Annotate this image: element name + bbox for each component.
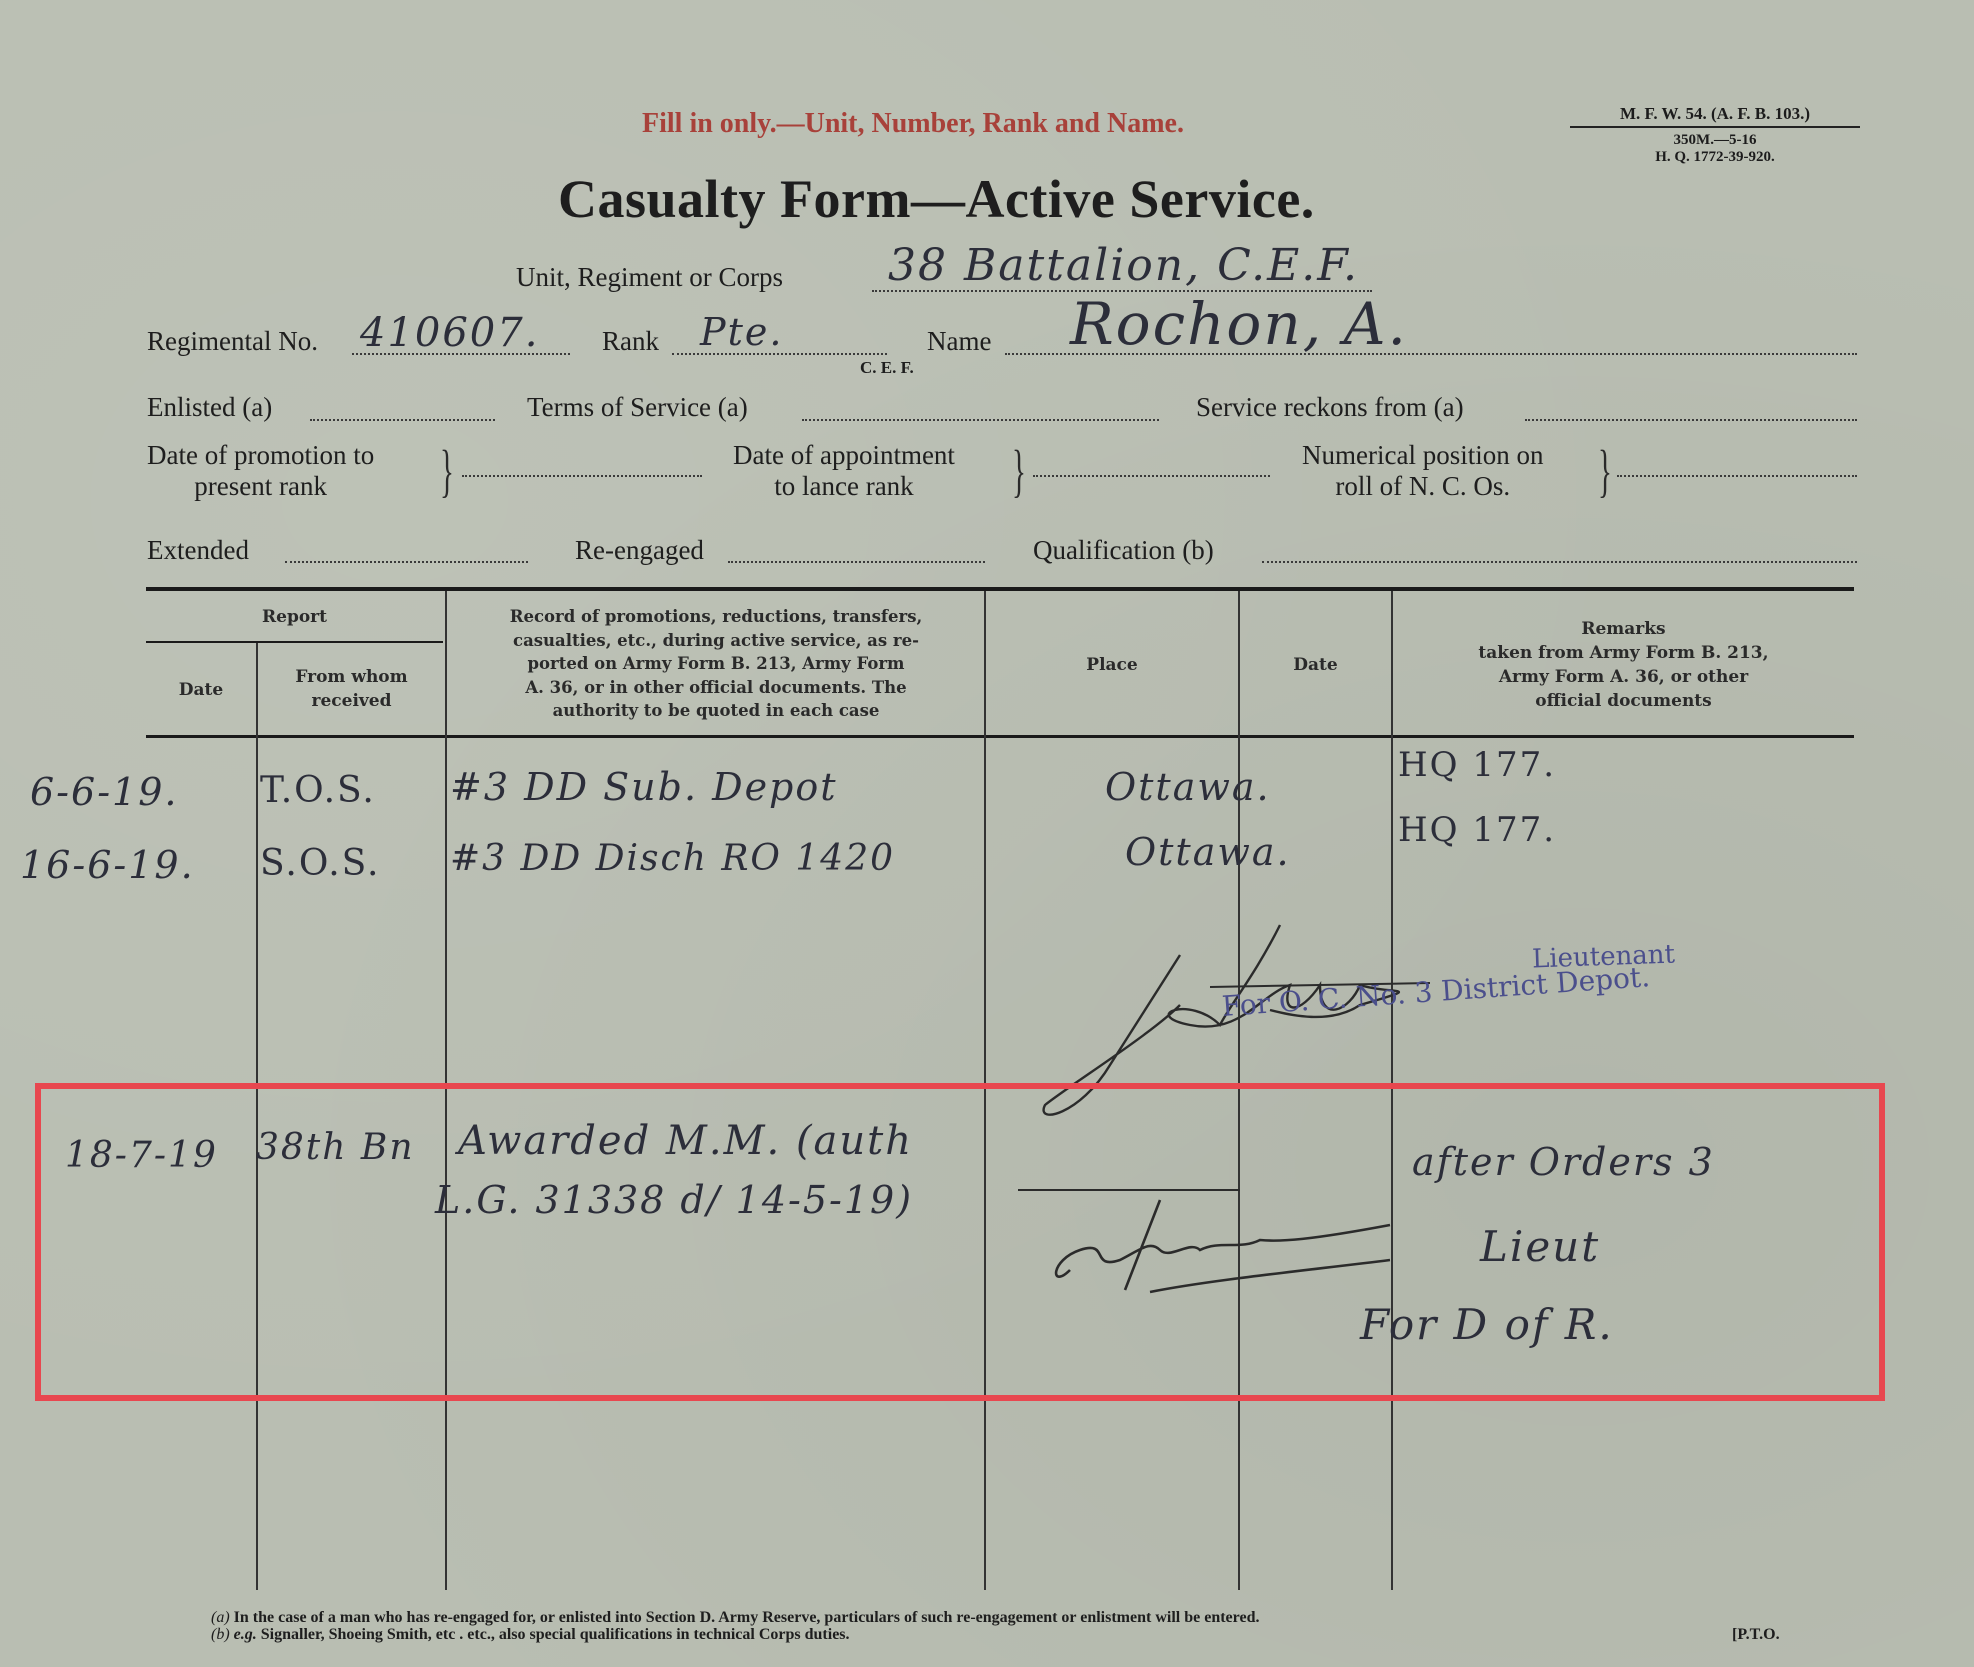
- promotion-label-line2: present rank: [147, 471, 374, 502]
- header-record: Record of promotions, reductions, transf…: [450, 605, 982, 723]
- promotion-brace: }: [440, 442, 454, 500]
- row2-record[interactable]: #3 DD Disch RO 1420: [450, 838, 895, 879]
- row1-place[interactable]: Ottawa.: [1105, 765, 1271, 809]
- form-title: Casualty Form—Active Service.: [558, 168, 1315, 230]
- form-code-number: M. F. W. 54. (A. F. B. 103.): [1570, 104, 1860, 128]
- header-record-line1: Record of promotions, reductions, transf…: [450, 605, 982, 629]
- footnote-b: (b) e.g. Signaller, Shoeing Smith, etc .…: [211, 1626, 850, 1644]
- header-remarks: Remarks taken from Army Form B. 213, Arm…: [1393, 617, 1854, 713]
- unit-label: Unit, Regiment or Corps: [516, 262, 783, 293]
- terms-of-service-label: Terms of Service (a): [527, 392, 748, 423]
- instruction-text: Fill in only.—Unit, Number, Rank and Nam…: [642, 108, 1184, 140]
- header-record-line4: A. 36, or in other official documents. T…: [450, 676, 982, 700]
- header-date: Date: [146, 678, 256, 702]
- header-remarks-line4: official documents: [1393, 689, 1854, 713]
- highlight-box: [35, 1083, 1885, 1401]
- table-top-rule: [146, 587, 1854, 591]
- numerical-position-label: Numerical position on roll of N. C. Os.: [1302, 440, 1543, 502]
- row1-date[interactable]: 6-6-19.: [30, 770, 178, 814]
- numerical-position-label-line1: Numerical position on: [1302, 440, 1543, 471]
- header-from-whom-line2: received: [258, 689, 445, 713]
- footnote-b-text: Signaller, Shoeing Smith, etc . etc., al…: [261, 1626, 850, 1643]
- footnote-b-prefix: e.g.: [234, 1626, 257, 1643]
- row1-remarks[interactable]: HQ 177.: [1398, 745, 1556, 785]
- header-place: Place: [986, 653, 1238, 677]
- form-code-block: M. F. W. 54. (A. F. B. 103.) 350M.—5-16 …: [1570, 104, 1860, 166]
- regimental-no-value[interactable]: 410607.: [360, 310, 539, 356]
- appointment-label-line1: Date of appointment: [733, 440, 955, 471]
- extended-label: Extended: [147, 535, 249, 566]
- name-value[interactable]: Rochon, A.: [1070, 290, 1408, 358]
- form-code-hq-ref: H. Q. 1772-39-920.: [1570, 149, 1860, 166]
- header-remarks-line2: taken from Army Form B. 213,: [1393, 641, 1854, 665]
- row2-from[interactable]: S.O.S.: [260, 843, 381, 884]
- table-header-bottom-rule: [146, 735, 1854, 738]
- unit-value[interactable]: 38 Battalion, C.E.F.: [888, 240, 1359, 291]
- qualification-dotted-line[interactable]: [1262, 561, 1857, 563]
- name-label: Name: [927, 326, 991, 357]
- header-from-whom: From whom received: [258, 665, 445, 713]
- terms-of-service-dotted-line[interactable]: [802, 419, 1159, 421]
- footnote-a-marker: (a): [211, 1609, 230, 1626]
- row1-record[interactable]: #3 DD Sub. Depot: [450, 765, 838, 809]
- appointment-brace: }: [1012, 442, 1026, 500]
- header-record-line2: casualties, etc., during active service,…: [450, 629, 982, 653]
- appointment-label-line2: to lance rank: [733, 471, 955, 502]
- row2-date[interactable]: 16-6-19.: [20, 843, 195, 887]
- appointment-label: Date of appointment to lance rank: [733, 440, 955, 502]
- row2-remarks[interactable]: HQ 177.: [1398, 810, 1556, 850]
- report-sub-rule: [146, 641, 443, 643]
- footnote-a-text: In the case of a man who has re-engaged …: [234, 1609, 1260, 1626]
- numerical-position-brace: }: [1598, 442, 1612, 500]
- reengaged-dotted-line[interactable]: [728, 561, 985, 563]
- rank-value[interactable]: Pte.: [700, 310, 783, 354]
- promotion-label-line1: Date of promotion to: [147, 440, 374, 471]
- extended-dotted-line[interactable]: [285, 561, 528, 563]
- numerical-position-label-line2: roll of N. C. Os.: [1302, 471, 1543, 502]
- header-record-line3: ported on Army Form B. 213, Army Form: [450, 652, 982, 676]
- promotion-dotted-line[interactable]: [462, 475, 702, 477]
- row1-from[interactable]: T.O.S.: [260, 770, 376, 811]
- footnote-b-marker: (b): [211, 1626, 230, 1643]
- regimental-no-label: Regimental No.: [147, 326, 318, 357]
- pto-marker: [P.T.O.: [1732, 1626, 1780, 1644]
- qualification-label: Qualification (b): [1033, 535, 1214, 566]
- reengaged-label: Re-engaged: [575, 535, 704, 566]
- row2-place[interactable]: Ottawa.: [1125, 830, 1291, 874]
- header-record-line5: authority to be quoted in each case: [450, 699, 982, 723]
- header-date2: Date: [1240, 653, 1391, 677]
- header-remarks-line3: Army Form A. 36, or other: [1393, 665, 1854, 689]
- form-code-print-run: 350M.—5-16: [1570, 132, 1860, 149]
- numerical-position-dotted-line[interactable]: [1617, 475, 1857, 477]
- rank-label: Rank: [602, 326, 659, 357]
- enlisted-dotted-line[interactable]: [310, 419, 495, 421]
- promotion-label: Date of promotion to present rank: [147, 440, 374, 502]
- appointment-dotted-line[interactable]: [1033, 475, 1270, 477]
- header-report: Report: [146, 605, 443, 629]
- footnote-a: (a) In the case of a man who has re-enga…: [211, 1609, 1259, 1627]
- header-from-whom-line1: From whom: [258, 665, 445, 689]
- service-reckons-label: Service reckons from (a): [1196, 392, 1464, 423]
- enlisted-label: Enlisted (a): [147, 392, 272, 423]
- service-reckons-dotted-line[interactable]: [1525, 419, 1857, 421]
- cef-label: C. E. F.: [860, 358, 914, 378]
- header-remarks-line1: Remarks: [1393, 617, 1854, 641]
